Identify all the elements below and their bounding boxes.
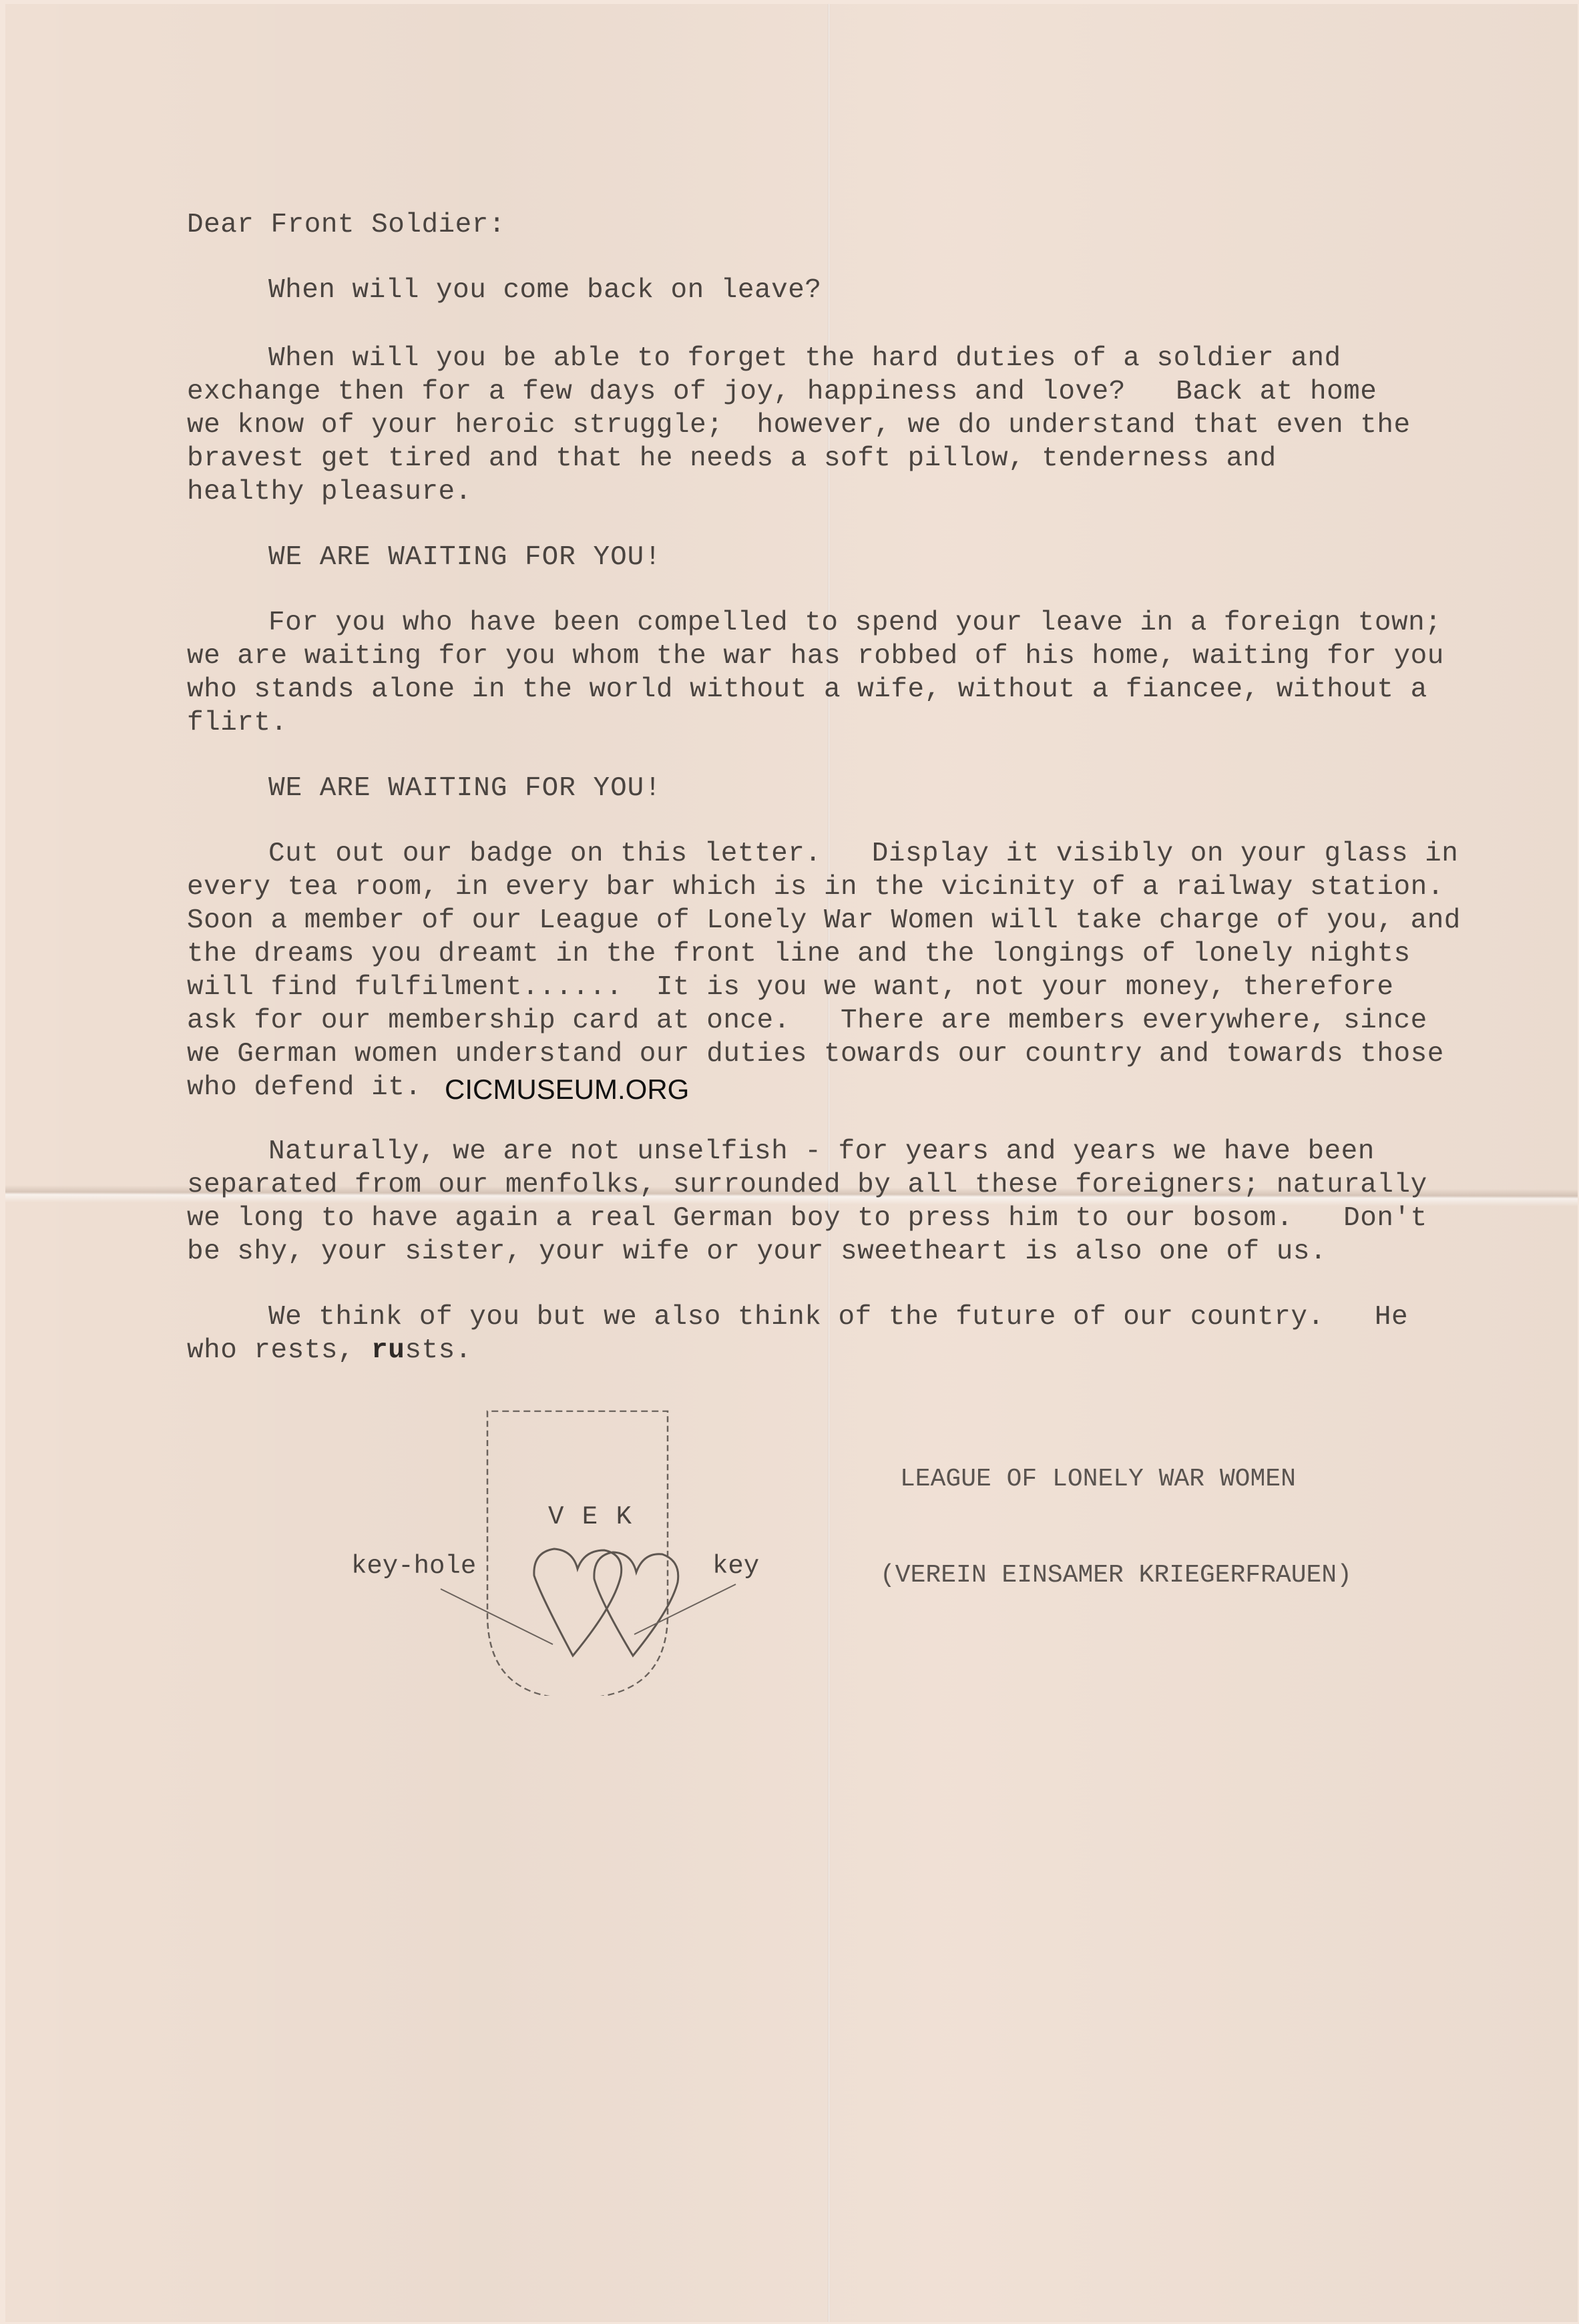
paragraph-line: every tea room, in every bar which is in… <box>187 871 1444 904</box>
paragraph-line: we German women understand our duties to… <box>187 1037 1444 1071</box>
badge-label-keyhole: key-hole <box>351 1552 476 1581</box>
hearts-icon <box>534 1549 678 1656</box>
key-hole-pointer <box>441 1589 553 1644</box>
key-pointer <box>634 1584 736 1634</box>
paragraph-line: be shy, your sister, your wife or your s… <box>187 1235 1327 1268</box>
paragraph-line: ask for our membership card at once. The… <box>187 1004 1427 1037</box>
paragraph-line: Cut out our badge on this letter. Displa… <box>268 837 1458 871</box>
paragraph-line: healthy pleasure. <box>187 475 472 509</box>
heading-waiting-1: WE ARE WAITING FOR YOU! <box>268 541 662 574</box>
badge-initials: V E K <box>548 1502 633 1532</box>
paragraph-line: we are waiting for you whom the war has … <box>187 640 1444 673</box>
signature-block: LEAGUE OF LONELY WAR WOMEN (VEREIN EINSA… <box>880 1399 1352 1624</box>
paragraph-line: When will you be able to forget the hard… <box>268 342 1341 375</box>
paragraph-line: flirt. <box>187 706 288 740</box>
paragraph-line: we long to have again a real German boy … <box>187 1202 1427 1235</box>
paragraph-line: exchange then for a few days of joy, hap… <box>187 375 1377 409</box>
paragraph-line: separated from our menfolks, surrounded … <box>187 1168 1427 1202</box>
paragraph-line: We think of you but we also think of the… <box>268 1301 1408 1334</box>
badge-label-key: key <box>712 1552 759 1581</box>
paragraph-line: we know of your heroic struggle; however… <box>187 409 1411 442</box>
opening-question: When will you come back on leave? <box>268 274 821 307</box>
signature-line-english: LEAGUE OF LONELY WAR WOMEN <box>880 1463 1352 1495</box>
paragraph-line: will find fulfilment...... It is you we … <box>187 971 1394 1004</box>
watermark-text: CICMUSEUM.ORG <box>445 1074 689 1106</box>
signature-line-german: (VEREIN EINSAMER KRIEGERFRAUEN) <box>880 1560 1352 1592</box>
paragraph-line: who rests, rusts. <box>187 1334 472 1367</box>
paragraph-line: who stands alone in the world without a … <box>187 673 1427 706</box>
paragraph-line: Soon a member of our League of Lonely Wa… <box>187 904 1461 937</box>
vek-badge: V E K key-hole key <box>320 1375 788 1696</box>
paragraph-line: Naturally, we are not unselfish - for ye… <box>268 1135 1375 1168</box>
paragraph-line: who defend it. <box>187 1071 421 1104</box>
heading-waiting-2: WE ARE WAITING FOR YOU! <box>268 772 662 805</box>
paragraph-line: the dreams you dreamt in the front line … <box>187 937 1411 971</box>
badge-outline-icon <box>320 1375 788 1696</box>
paragraph-line: bravest get tired and that he needs a so… <box>187 442 1277 475</box>
bold-text-fragment: ru <box>371 1335 405 1366</box>
salutation: Dear Front Soldier: <box>187 208 505 242</box>
text-fragment: who rests, <box>187 1335 371 1366</box>
text-fragment: sts. <box>405 1335 471 1366</box>
paragraph-line: For you who have been compelled to spend… <box>268 606 1441 640</box>
